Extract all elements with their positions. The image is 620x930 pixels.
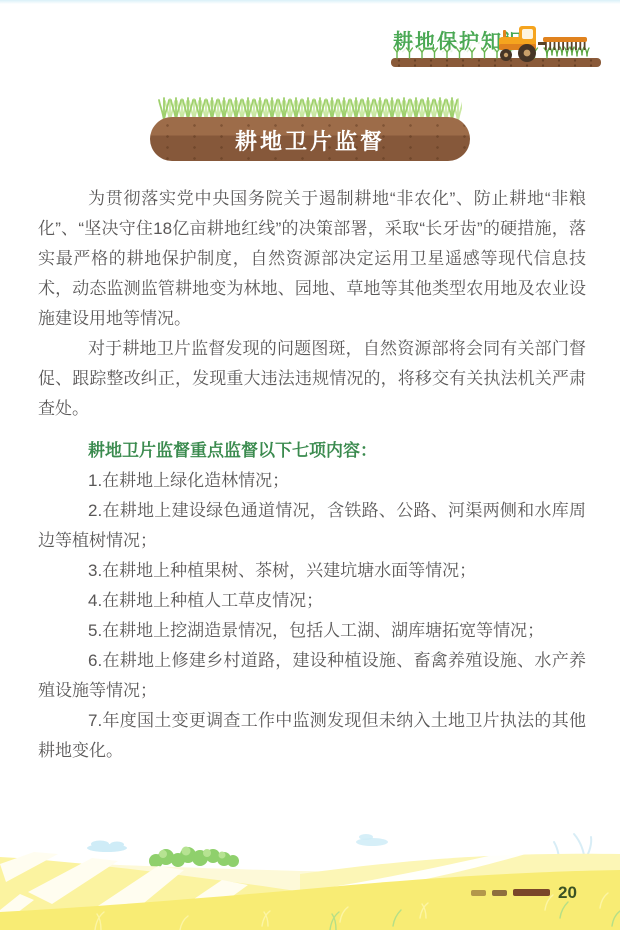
footer-dash-icon [513,889,550,896]
list-item-2: 2.在耕地上建设绿色通道情况，含铁路、公路、河渠两侧和水库周边等植树情况； [38,496,586,556]
footer-dash-icon [492,890,507,896]
cab-window [522,29,533,39]
list-item-6: 6.在耕地上修建乡村道路，建设种植设施、畜禽养殖设施、水产养殖设施等情况； [38,646,586,706]
list-item-4: 4.在耕地上种植人工草皮情况； [38,586,586,616]
page-top-edge-gradient [0,0,620,4]
section-banner-title: 耕地卫片监督 [235,125,385,156]
wheat-field-scene [0,830,620,930]
bushes-icon [149,847,239,869]
list-item-3: 3.在耕地上种植果树、茶树，兴建坑塘水面等情况； [38,556,586,586]
paragraph-1: 为贯彻落实党中央国务院关于遏制耕地“非农化”、防止耕地“非粮化”、“坚决守住18… [38,184,586,334]
list-item-1: 1.在耕地上绿化造林情况； [38,466,586,496]
footer-dash-icon [471,890,486,896]
list-heading: 耕地卫片监督重点监督以下七项内容： [38,436,586,466]
section-banner: 耕地卫片监督 [150,117,470,161]
list-item-7: 7.年度国土变更调查工作中监测发现但未纳入土地卫片执法的其他耕地变化。 [38,706,586,766]
page-number: 20 [558,883,577,903]
article-body: 为贯彻落实党中央国务院关于遏制耕地“非农化”、防止耕地“非粮化”、“坚决守住18… [38,184,586,766]
harrow-icon [538,37,587,50]
paragraph-2: 对于耕地卫片监督发现的问题图斑，自然资源部将会同有关部门督促、跟踪整改纠正，发现… [38,334,586,424]
booklet-page: 耕地保护知识 [0,0,620,930]
tractor-with-harrow-icon [496,22,592,64]
list-item-5: 5.在耕地上挖湖造景情况，包括人工湖、湖库塘拓宽等情况； [38,616,586,646]
tractor-body [499,26,536,62]
cloud-icon [87,834,388,852]
page-footer: 20 [471,884,577,901]
